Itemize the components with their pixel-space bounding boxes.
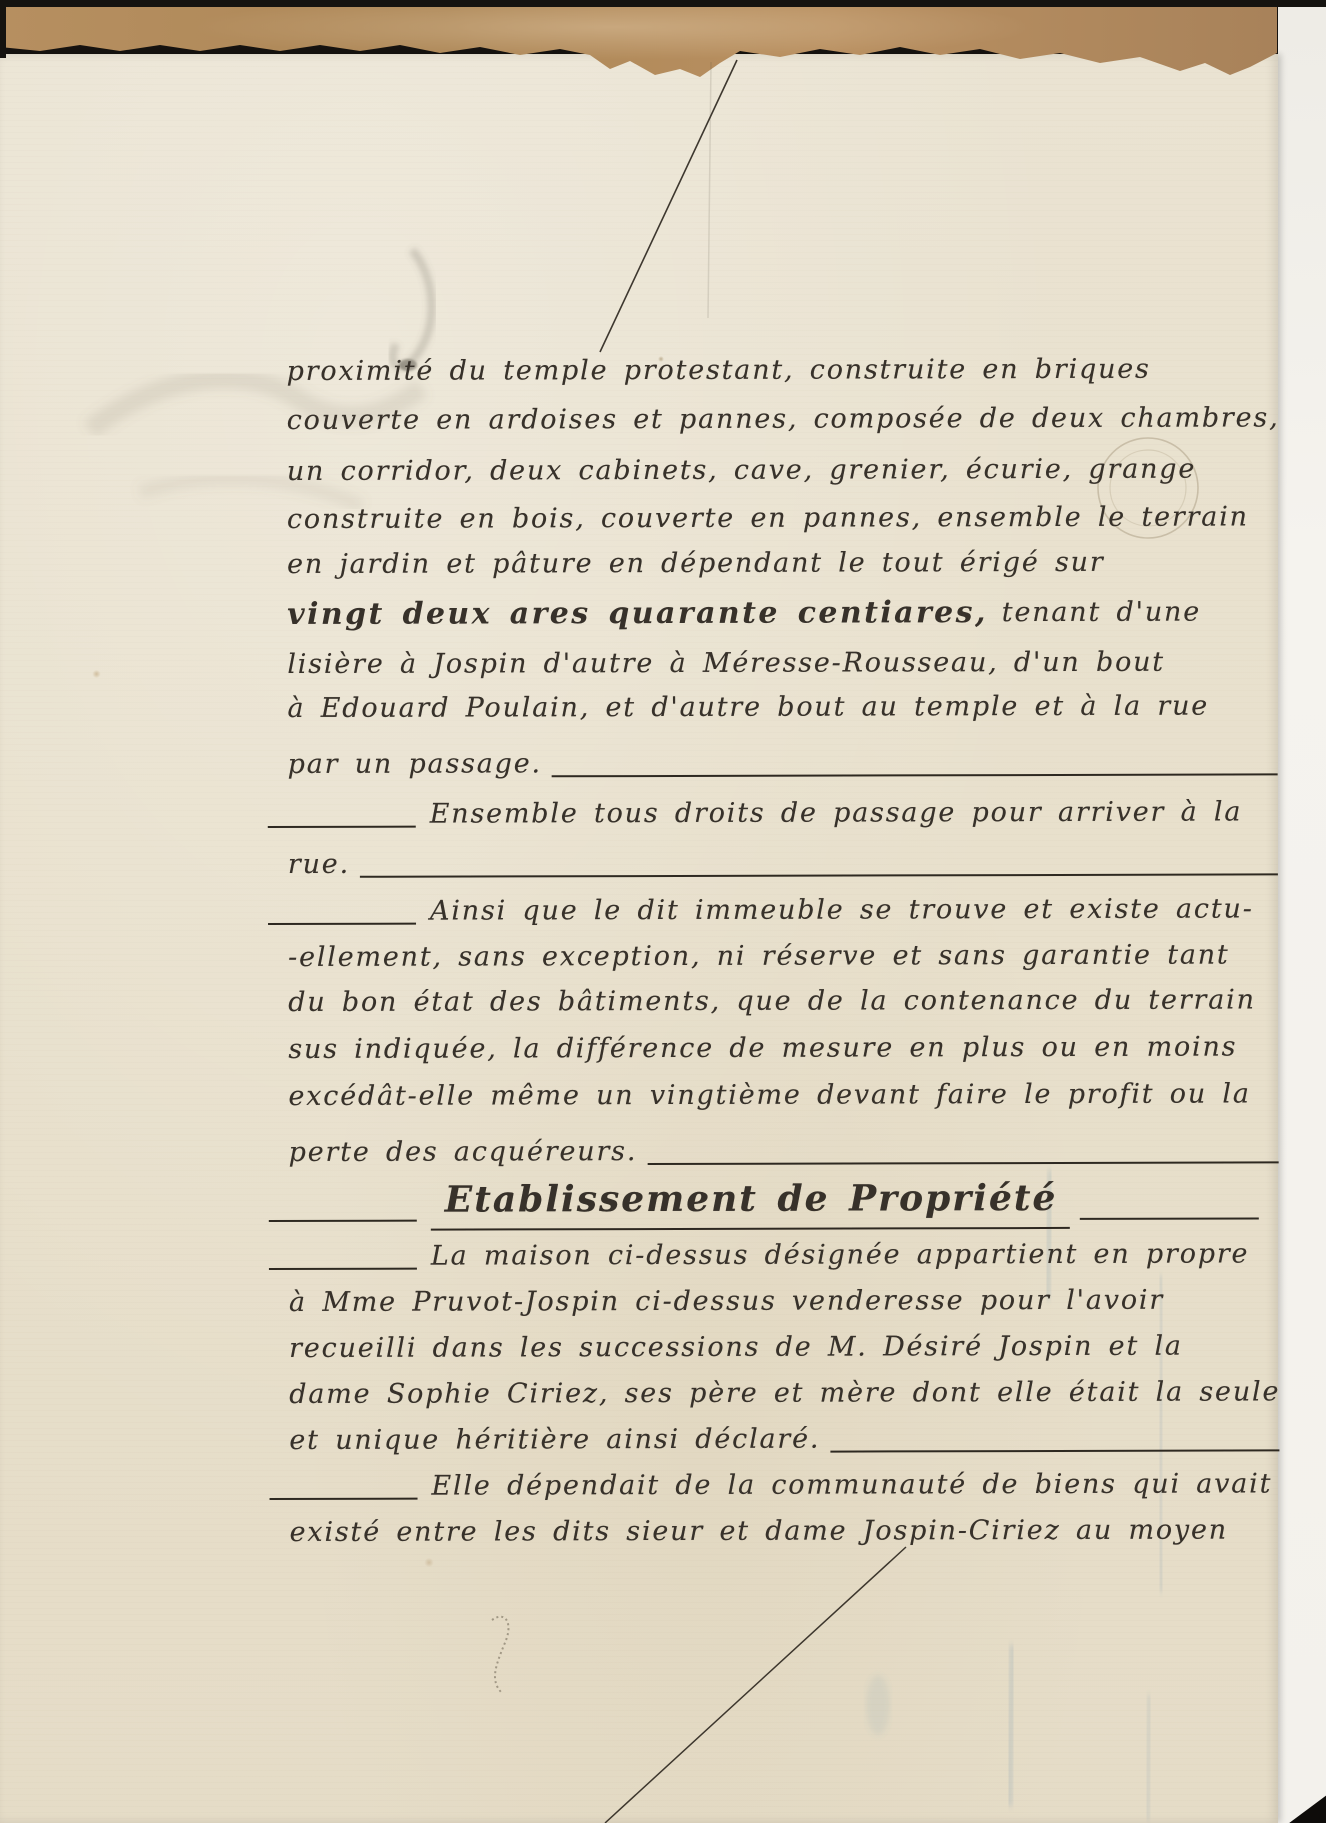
- text-line: -ellement, sans exception, ni réserve et…: [268, 929, 1278, 980]
- paragraph-leading-rule: [268, 923, 416, 925]
- text-line: couverte en ardoises et pannes, composée…: [267, 392, 1277, 443]
- text-line: Ensemble tous droits de passage pour arr…: [268, 786, 1258, 837]
- handwritten-text: Ainsi que le dit immeuble se trouve et e…: [430, 887, 1254, 933]
- text-line: à Mme Pruvot-Jospin ci-dessus venderesse…: [269, 1274, 1279, 1325]
- trailing-rule: [1079, 1217, 1258, 1219]
- text-line: à Edouard Poulain, et d'autre bout au te…: [267, 680, 1277, 731]
- handwritten-text: proximité du temple protestant, construi…: [287, 348, 1151, 394]
- text-line: perte des acquéreurs.: [269, 1124, 1279, 1175]
- text-line: un corridor, deux cabinets, cave, grenie…: [267, 443, 1277, 494]
- text-line: par un passage.: [268, 736, 1278, 787]
- handwritten-text: La maison ci-dessus désignée appartient …: [431, 1232, 1250, 1278]
- handwritten-text: rue.: [288, 843, 350, 887]
- handwritten-text: en jardin et pâture en dépendant le tout…: [287, 541, 1105, 587]
- text-line: et unique héritière ainsi déclaré.: [269, 1412, 1279, 1463]
- section-heading-line: Etablissement de Propriété: [269, 1170, 1259, 1231]
- handwritten-text: par un passage.: [288, 742, 542, 787]
- text-line: La maison ci-dessus désignée appartient …: [269, 1228, 1259, 1279]
- trailing-rule: [830, 1449, 1279, 1452]
- paragraph-leading-rule: [270, 1498, 418, 1500]
- text-line: lisière à Jospin d'autre à Méresse-Rouss…: [267, 636, 1277, 687]
- handwritten-text: à Edouard Poulain, et d'autre bout au te…: [287, 685, 1209, 731]
- handwritten-text: du bon état des bâtiments, que de la con…: [288, 978, 1256, 1025]
- text-line: proximité du temple protestant, construi…: [267, 343, 1277, 394]
- text-line: sus indiquée, la différence de mesure en…: [268, 1021, 1278, 1072]
- emphasized-handwritten-text: vingt deux ares quarante centiares,: [287, 591, 988, 637]
- handwritten-text: sus indiquée, la différence de mesure en…: [288, 1025, 1237, 1071]
- handwritten-text: à Mme Pruvot-Jospin ci-dessus venderesse…: [289, 1279, 1164, 1325]
- text-line: Ainsi que le dit immeuble se trouve et e…: [268, 883, 1258, 934]
- text-line: du bon état des bâtiments, que de la con…: [268, 974, 1278, 1025]
- handwritten-text: tenant d'une: [1002, 591, 1201, 636]
- handwritten-text: un corridor, deux cabinets, cave, grenie…: [287, 448, 1196, 494]
- handwritten-text: Ensemble tous droits de passage pour arr…: [430, 790, 1243, 836]
- handwritten-text: couverte en ardoises et pannes, composée…: [287, 396, 1280, 443]
- scanned-document-page: { "document": { "heading": "Etablissemen…: [0, 0, 1326, 1823]
- handwritten-text: -ellement, sans exception, ni réserve et…: [288, 934, 1230, 980]
- handwritten-text: et unique héritière ainsi déclaré.: [289, 1418, 820, 1463]
- paragraph-leading-rule: [268, 826, 416, 828]
- text-line: existé entre les dits sieur et dame Josp…: [270, 1504, 1280, 1555]
- text-line: Elle dépendait de la communauté de biens…: [269, 1458, 1259, 1509]
- text-line: rue.: [268, 836, 1278, 887]
- text-line: en jardin et pâture en dépendant le tout…: [267, 536, 1277, 587]
- handwritten-text: existé entre les dits sieur et dame Josp…: [290, 1509, 1228, 1555]
- handwritten-text: recueilli dans les successions de M. Dés…: [289, 1325, 1183, 1371]
- section-heading: Etablissement de Propriété: [431, 1172, 1070, 1231]
- handwritten-text: perte des acquéreurs.: [289, 1130, 638, 1175]
- text-line: vingt deux ares quarante centiares,tenan…: [267, 586, 1277, 637]
- text-line: excédât-elle même un vingtième devant fa…: [268, 1068, 1278, 1119]
- text-line: dame Sophie Ciriez, ses père et mère don…: [269, 1366, 1279, 1417]
- paragraph-leading-rule: [269, 1268, 417, 1270]
- paragraph-leading-rule: [269, 1220, 417, 1222]
- handwritten-text: excédât-elle même un vingtième devant fa…: [288, 1072, 1250, 1119]
- handwritten-text: dame Sophie Ciriez, ses père et mère don…: [289, 1370, 1280, 1417]
- scanner-frame-left: [0, 0, 6, 58]
- scanner-frame-top: [0, 0, 1326, 7]
- text-line: construite en bois, couverte en pannes, …: [267, 491, 1277, 542]
- trailing-rule: [360, 873, 1278, 877]
- handwritten-text: Elle dépendait de la communauté de biens…: [431, 1462, 1272, 1508]
- handwritten-text-block: proximité du temple protestant, construi…: [0, 0, 1326, 1823]
- trailing-rule: [647, 1161, 1278, 1165]
- handwritten-text: construite en bois, couverte en pannes, …: [287, 495, 1249, 542]
- trailing-rule: [552, 773, 1278, 777]
- text-line: recueilli dans les successions de M. Dés…: [269, 1320, 1279, 1371]
